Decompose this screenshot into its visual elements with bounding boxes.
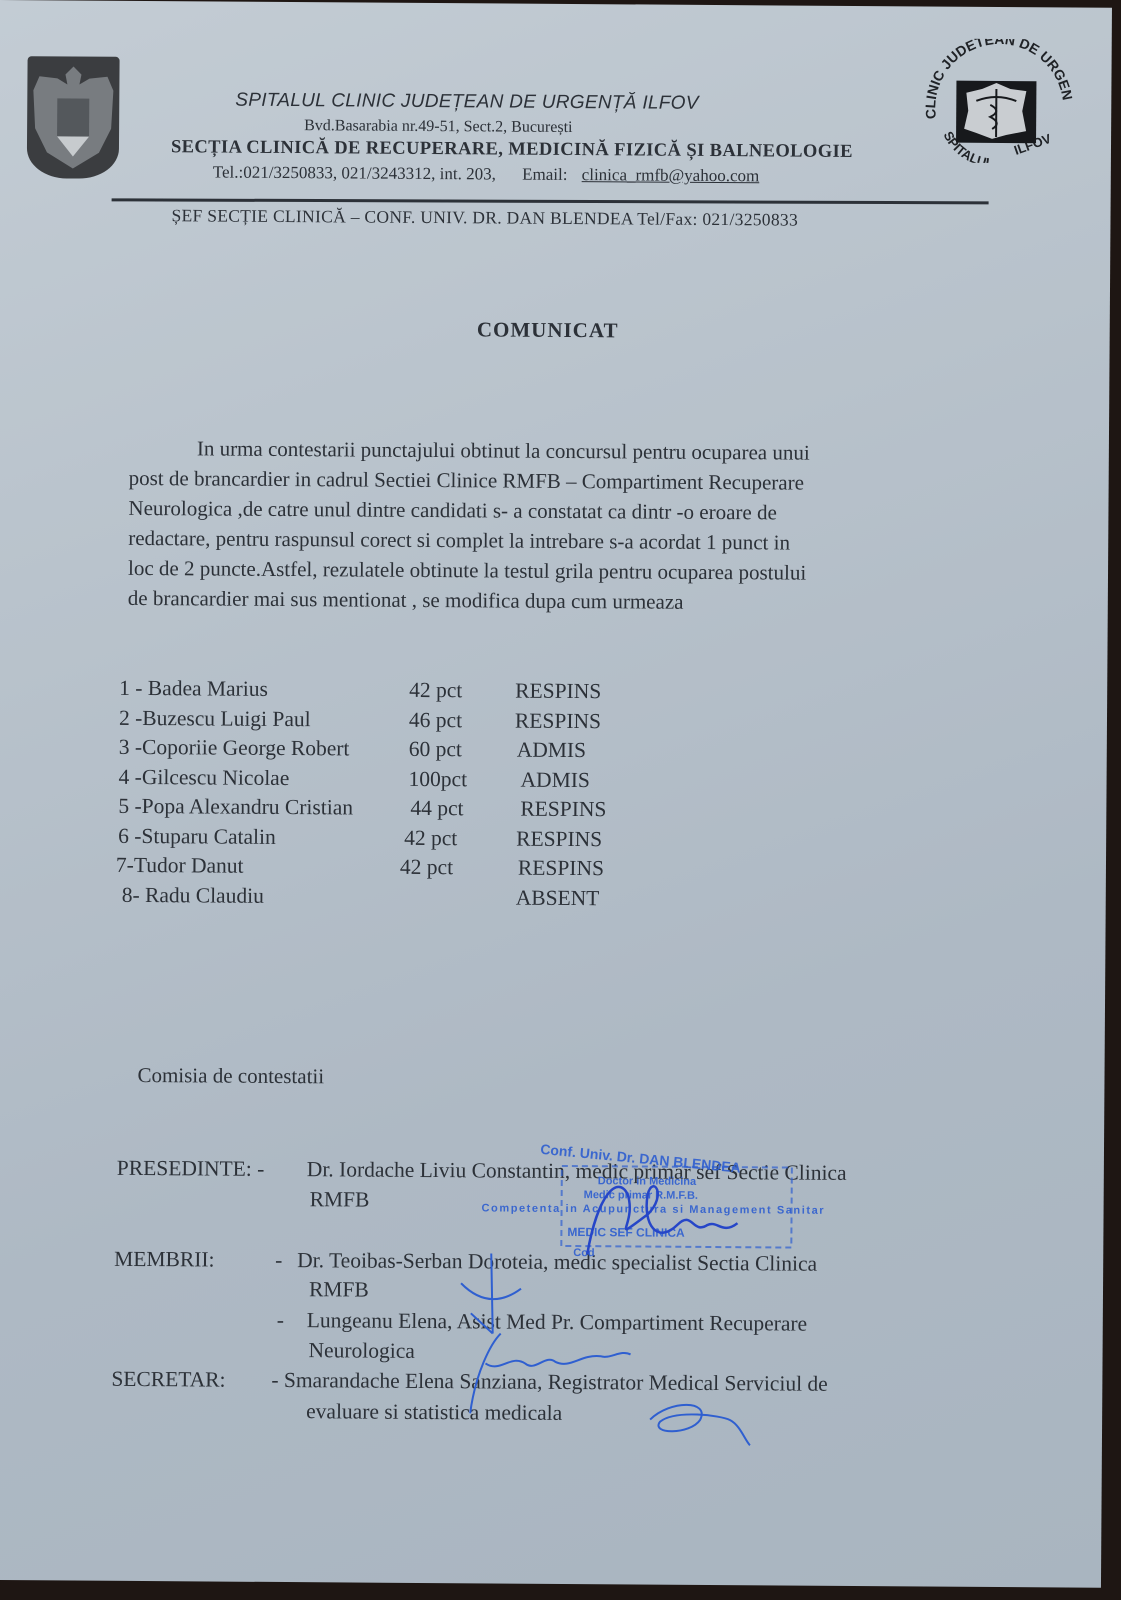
candidate-score: 44 pct	[410, 794, 463, 824]
member-1-dash: -	[275, 1245, 282, 1275]
candidate-score: 42 pct	[400, 853, 453, 883]
hospital-name: SPITALUL CLINIC JUDEȚEAN DE URGENȚĂ ILFO…	[235, 90, 699, 115]
candidate-name: 5 -Popa Alexandru Cristian	[118, 792, 353, 823]
stamp-line-2: Doctor in Medicina	[598, 1175, 697, 1188]
candidate-name: 6 -Stuparu Catalin	[118, 821, 276, 852]
secretary-signature	[630, 1389, 770, 1450]
candidate-name: 3 -Coporiie George Robert	[119, 733, 350, 764]
candidate-score: 100pct	[408, 764, 467, 794]
results-list: 1 - Badea Marius42 pctRESPINS 2 -Buzescu…	[118, 674, 120, 910]
header-divider	[112, 198, 989, 204]
candidate-score: 46 pct	[409, 705, 462, 735]
stamp-line-1: Conf. Univ. Dr. DAN BLENDEA	[540, 1141, 742, 1176]
email-label: Email:	[522, 165, 567, 184]
announcement-paragraph: In urma contestarii punctajului obtinut …	[128, 433, 969, 619]
candidate-status: RESPINS	[515, 706, 601, 736]
document-title: COMUNICAT	[0, 314, 1098, 347]
commission-title: Comisia de contestatii	[137, 1063, 324, 1089]
president-label: PRESEDINTE: -	[117, 1153, 265, 1184]
candidate-score: 60 pct	[409, 735, 462, 765]
candidate-status: ABSENT	[516, 883, 600, 913]
candidate-name: 1 - Badea Marius	[119, 674, 268, 705]
secretary-label: SECRETAR:	[111, 1364, 225, 1395]
candidate-status: RESPINS	[520, 795, 606, 825]
hospital-logo: CLINIC JUDETEAN DE URGENTA SPITALUL ILFO…	[914, 38, 1073, 163]
candidate-status: RESPINS	[516, 824, 602, 854]
email-link[interactable]: clinica_rmfb@yahoo.com	[582, 165, 760, 185]
romanian-coat-of-arms-icon	[27, 56, 120, 179]
member-2-dash: -	[277, 1305, 284, 1335]
document-page: SPITALUL CLINIC JUDEȚEAN DE URGENȚĂ ILFO…	[0, 0, 1112, 1588]
caduceus-icon	[956, 81, 1036, 144]
member-2-line-2: Neurologica	[308, 1335, 414, 1366]
candidate-status: RESPINS	[515, 677, 601, 707]
hospital-address: Bvd.Basarabia nr.49-51, Sect.2, Bucureșt…	[304, 117, 573, 137]
president-line-2: RMFB	[310, 1184, 370, 1214]
member-1-line-2: RMFB	[309, 1274, 369, 1304]
candidate-status: RESPINS	[518, 854, 604, 884]
candidate-name: 4 -Gilcescu Nicolae	[118, 762, 289, 793]
candidate-score: 42 pct	[409, 676, 462, 706]
candidate-score: 42 pct	[404, 823, 457, 853]
contact-line: Tel.:021/3250833, 021/3243312, int. 203,…	[213, 162, 760, 186]
stamp-line-3: Medic primar R.M.F.B.	[584, 1189, 698, 1202]
candidate-status: ADMIS	[520, 765, 590, 795]
phone-numbers: Tel.:021/3250833, 021/3243312, int. 203,	[213, 162, 496, 183]
candidate-status: ADMIS	[517, 736, 587, 766]
candidate-name: 2 -Buzescu Luigi Paul	[119, 703, 311, 734]
chief-line: ȘEF SECȚIE CLINICĂ – CONF. UNIV. DR. DAN…	[171, 205, 798, 230]
paragraph-line: de brancardier mai sus mentionat , se mo…	[128, 583, 968, 619]
section-name: SECȚIA CLINICĂ DE RECUPERARE, MEDICINĂ F…	[171, 137, 853, 163]
candidate-name: 8- Radu Claudiu	[122, 880, 264, 910]
members-label: MEMBRII:	[114, 1244, 215, 1275]
candidate-name: 7-Tudor Danut	[116, 851, 244, 881]
